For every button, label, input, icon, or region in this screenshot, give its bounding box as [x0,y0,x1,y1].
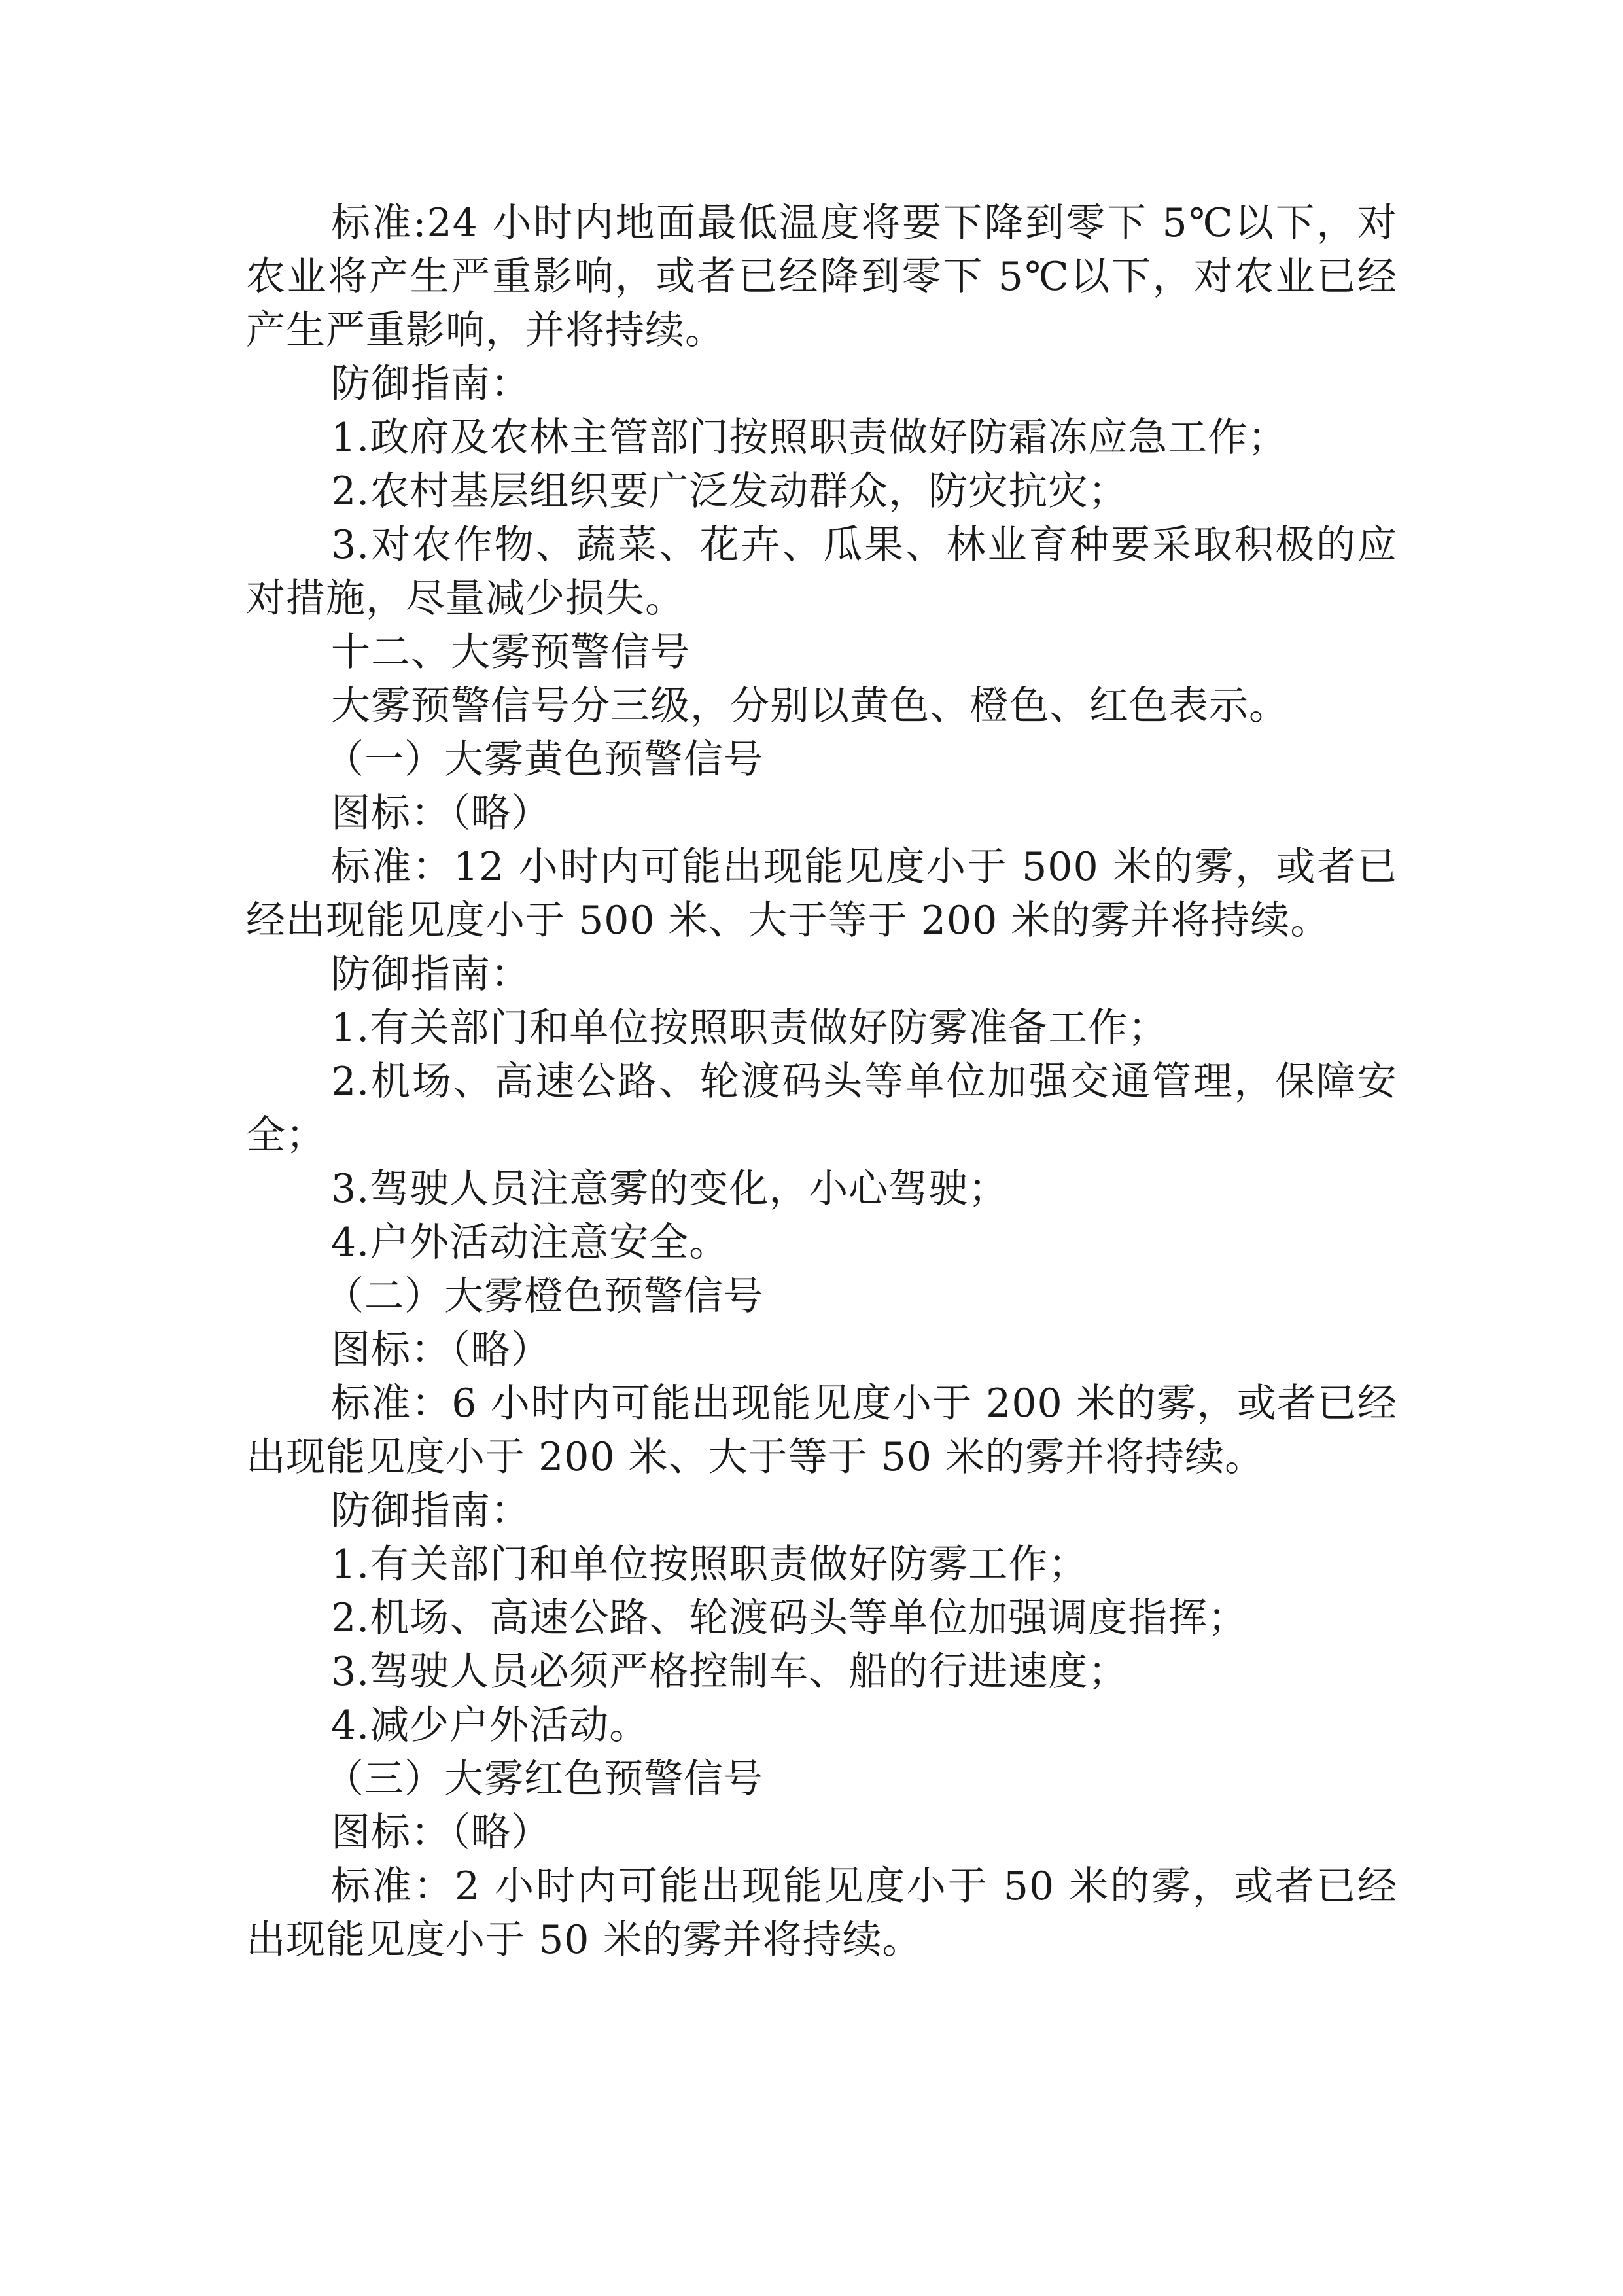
fog-orange-guide-item-4: 4.减少户外活动。 [246,1699,1397,1752]
frost-guide-item-1: 1.政府及农林主管部门按照职责做好防霜冻应急工作； [246,411,1397,465]
fog-yellow-icon-note: 图标：（略） [246,786,1397,840]
fog-orange-guide-item-2: 2.机场、高速公路、轮渡码头等单位加强调度指挥； [246,1591,1397,1645]
fog-warning-intro: 大雾预警信号分三级，分别以黄色、橙色、红色表示。 [246,679,1397,733]
subheading-fog-yellow: （一）大雾黄色预警信号 [246,733,1397,786]
document-page: 标准:24 小时内地面最低温度将要下降到零下 5℃以下，对农业将产生严重影响，或… [246,196,1397,1967]
fog-yellow-guide-label: 防御指南： [246,947,1397,1001]
frost-guide-item-2: 2.农村基层组织要广泛发动群众，防灾抗灾； [246,465,1397,518]
subheading-fog-red: （三）大雾红色预警信号 [246,1752,1397,1806]
fog-orange-icon-note: 图标：（略） [246,1323,1397,1377]
fog-red-standard: 标准：2 小时内可能出现能见度小于 50 米的雾，或者已经出现能见度小于 50 … [246,1860,1397,1967]
frost-defense-guide-label: 防御指南： [246,357,1397,411]
fog-orange-guide-item-1: 1.有关部门和单位按照职责做好防雾工作； [246,1538,1397,1591]
fog-yellow-guide-item-4: 4.户外活动注意安全。 [246,1216,1397,1269]
fog-red-icon-note: 图标：（略） [246,1806,1397,1860]
frost-guide-item-3: 3.对农作物、蔬菜、花卉、瓜果、林业育种要采取积极的应对措施，尽量减少损失。 [246,518,1397,626]
fog-yellow-guide-item-1: 1.有关部门和单位按照职责做好防雾准备工作； [246,1001,1397,1055]
fog-orange-guide-item-3: 3.驾驶人员必须严格控制车、船的行进速度； [246,1645,1397,1699]
fog-yellow-guide-item-2: 2.机场、高速公路、轮渡码头等单位加强交通管理，保障安全； [246,1055,1397,1162]
subheading-fog-orange: （二）大雾橙色预警信号 [246,1269,1397,1323]
fog-orange-guide-label: 防御指南： [246,1484,1397,1538]
fog-orange-standard: 标准：6 小时内可能出现能见度小于 200 米的雾，或者已经出现能见度小于 20… [246,1377,1397,1484]
fog-yellow-guide-item-3: 3.驾驶人员注意雾的变化，小心驾驶； [246,1162,1397,1216]
frost-red-standard: 标准:24 小时内地面最低温度将要下降到零下 5℃以下，对农业将产生严重影响，或… [246,196,1397,357]
fog-yellow-standard: 标准：12 小时内可能出现能见度小于 500 米的雾，或者已经出现能见度小于 5… [246,840,1397,947]
section-heading-fog-warning: 十二、大雾预警信号 [246,626,1397,679]
